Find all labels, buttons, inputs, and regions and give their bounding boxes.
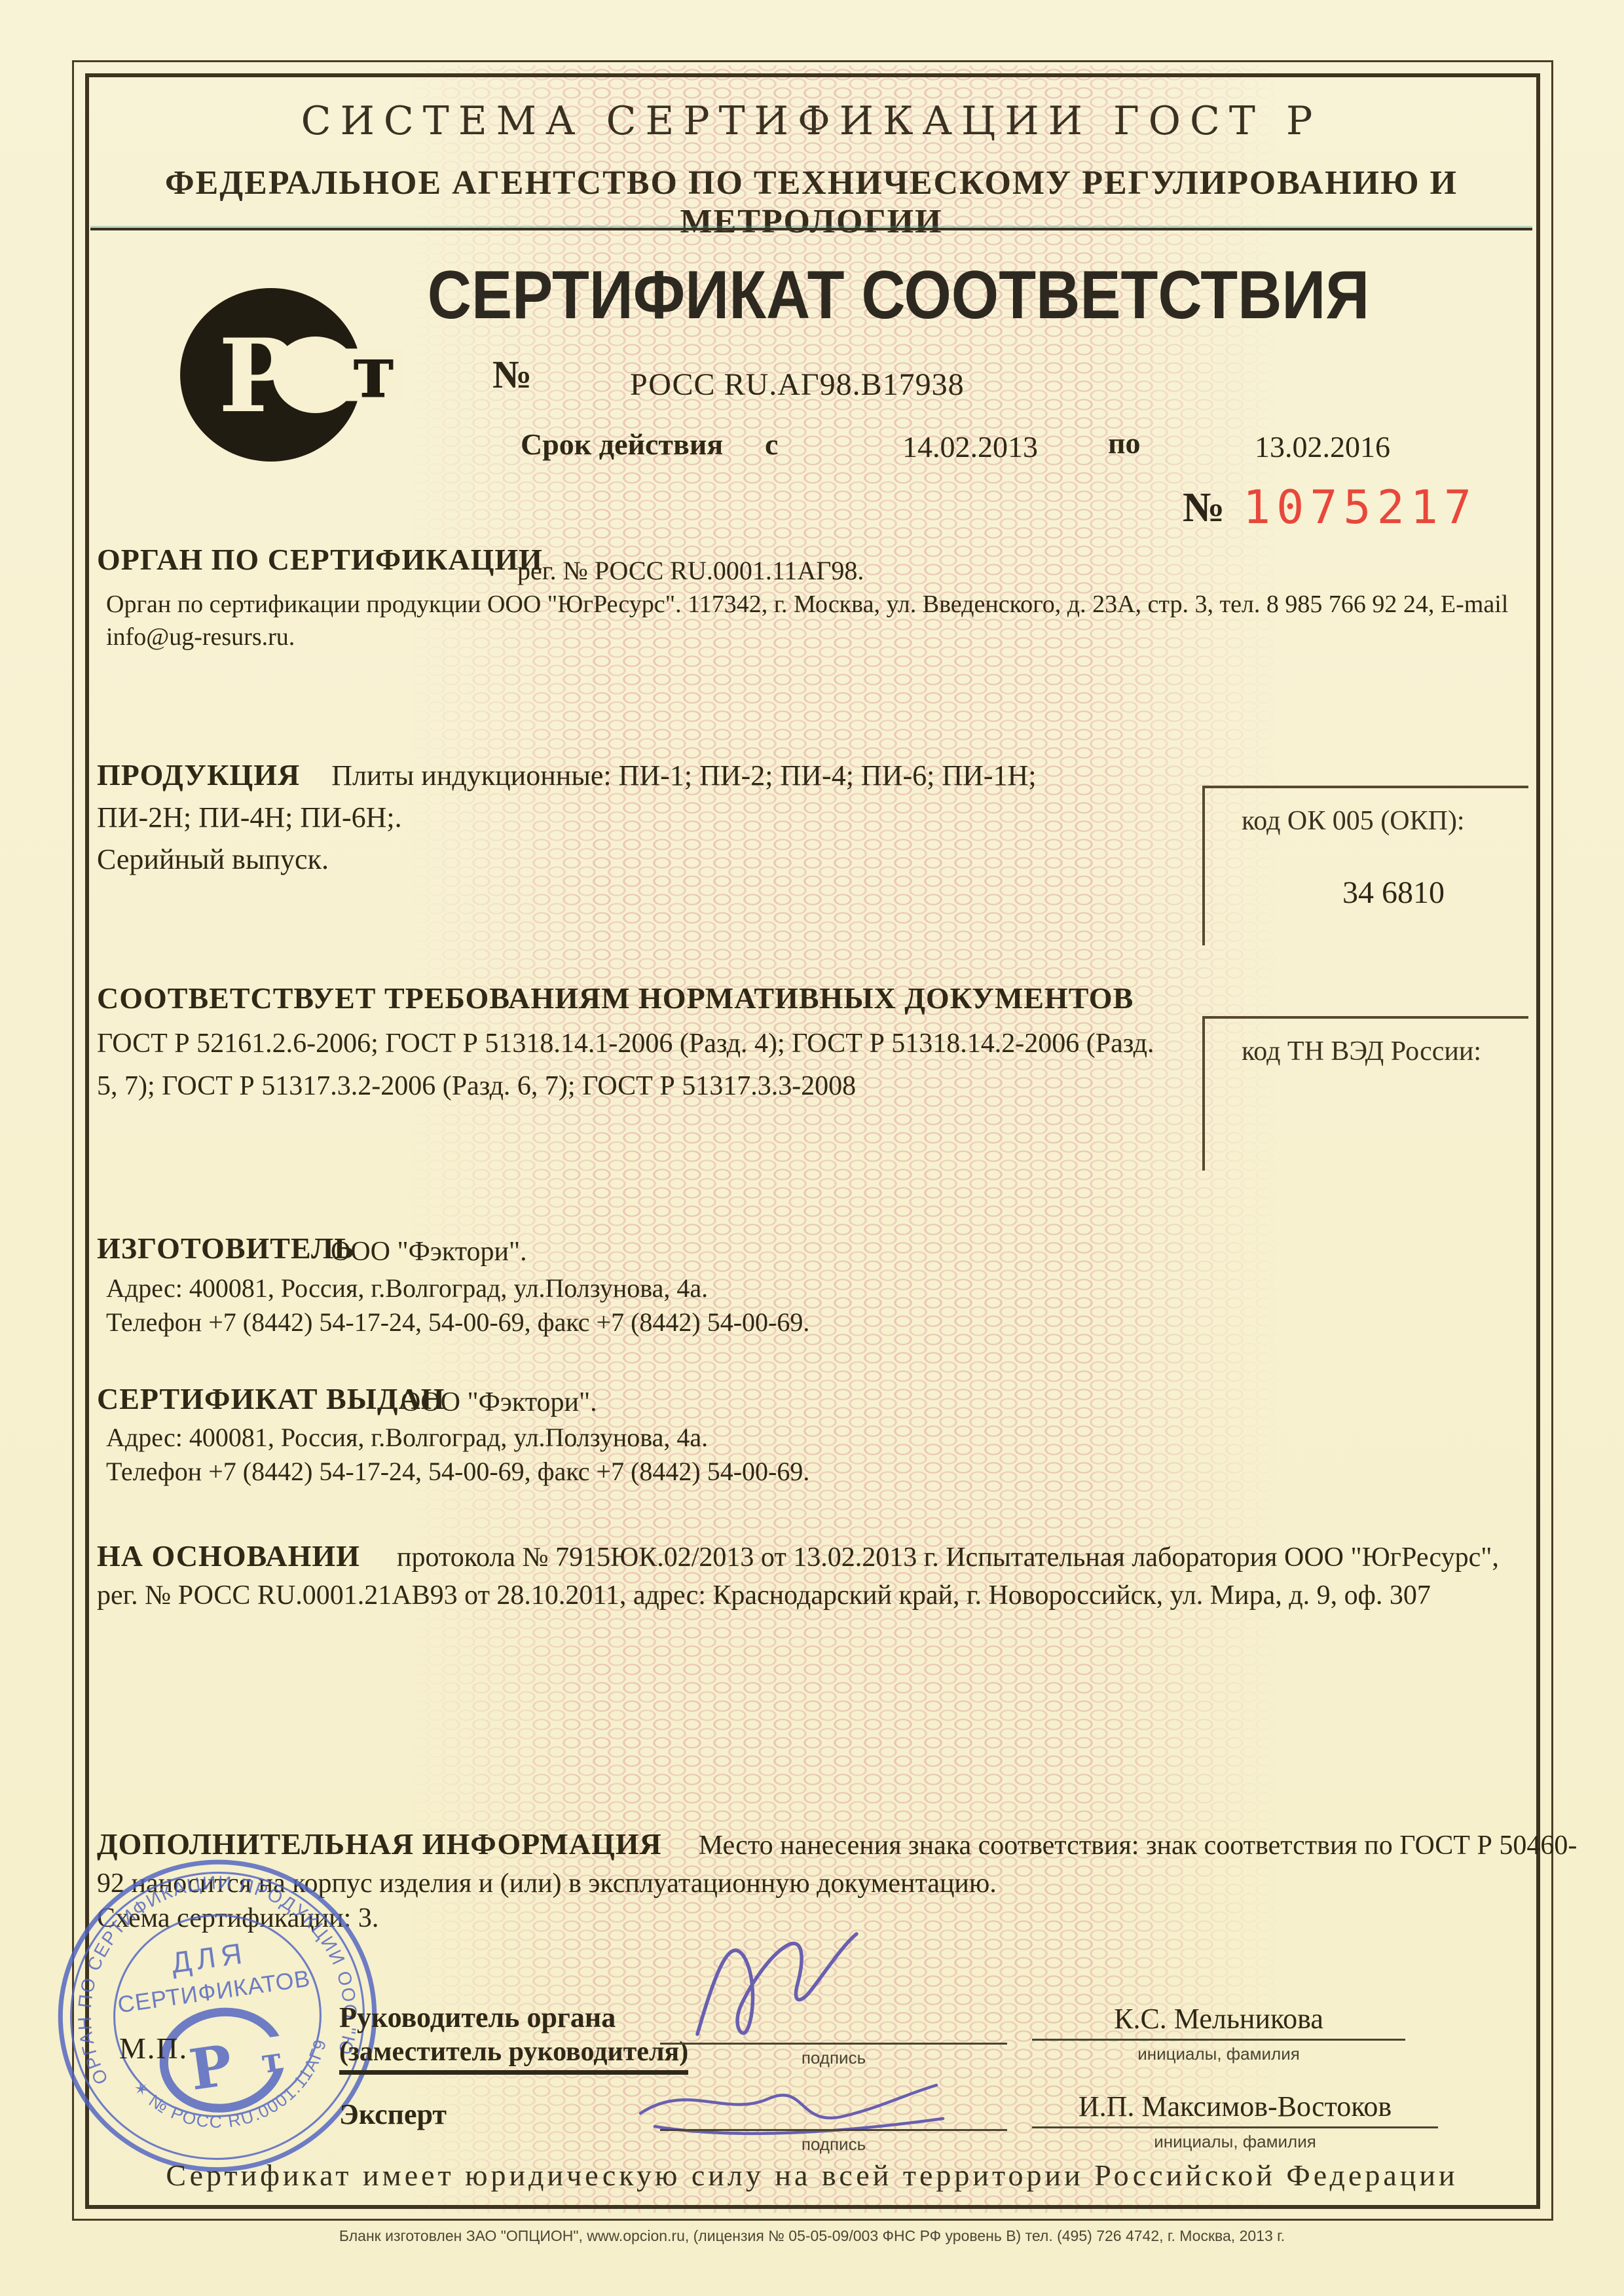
certification-body-text: Орган по сертификации продукции ООО "ЮгР… — [106, 588, 1573, 653]
issued-to-address: Адрес: 400081, Россия, г.Волгоград, ул.П… — [106, 1422, 708, 1453]
issued-to-phone: Телефон +7 (8442) 54-17-24, 54-00-69, фа… — [106, 1456, 809, 1487]
validity-label: Срок действия — [521, 427, 723, 462]
product-serial-issue: Серийный выпуск. — [97, 839, 1092, 881]
head-signature-line — [660, 2043, 1007, 2045]
validity-to-date: 13.02.2016 — [1255, 429, 1390, 464]
certification-body-reg: рег. № РОСС RU.0001.11АГ98. — [517, 555, 864, 586]
stamp-rst-p: Р — [186, 2033, 236, 2104]
rst-t-letter: т — [352, 329, 397, 414]
blank-serial-number: 1075217 — [1243, 481, 1477, 534]
tnved-code-box: код ТН ВЭД России: — [1202, 1016, 1528, 1171]
product-label: ПРОДУКЦИЯ — [97, 758, 331, 792]
issued-to-name: ООО "Фэктори". — [401, 1387, 597, 1418]
header-separator — [90, 228, 1532, 230]
expert-name-line — [1032, 2126, 1438, 2128]
certificate-page: СИСТЕМА СЕРТИФИКАЦИИ ГОСТ Р ФЕДЕРАЛЬНОЕ … — [0, 0, 1624, 2296]
legal-statement: Сертификат имеет юридическую силу на все… — [89, 2158, 1535, 2193]
expert-signature-caption: подпись — [660, 2134, 1007, 2155]
blank-maker-note: Бланк изготовлен ЗАО "ОПЦИОН", www.opcio… — [89, 2227, 1535, 2245]
expert-role-label: Эксперт — [339, 2098, 447, 2131]
manufacturer-address: Адрес: 400081, Россия, г.Волгоград, ул.П… — [106, 1273, 708, 1303]
okp-code-label: код ОК 005 (ОКП): — [1242, 805, 1528, 837]
expert-signature-ink — [629, 2056, 1008, 2141]
basis-section: НА ОСНОВАНИИпротокола № 7915ЮК.02/2013 о… — [97, 1537, 1511, 1614]
document-title: СЕРТИФИКАТ СООТВЕТСТВИЯ — [198, 257, 1598, 335]
conformity-label: СООТВЕТСТВУЕТ ТРЕБОВАНИЯМ НОРМАТИВНЫХ ДО… — [97, 981, 1341, 1015]
expert-name-caption: инициалы, фамилия — [1032, 2132, 1438, 2152]
manufacturer-name: ООО "Фэктори". — [331, 1236, 527, 1267]
expert-signature-line — [660, 2129, 1007, 2131]
issued-to-label: СЕРТИФИКАТ ВЫДАН — [97, 1381, 445, 1416]
cert-number-sign: № — [492, 352, 532, 397]
head-role-label: Руководитель органа — [339, 2001, 616, 2034]
validity-to-label: по — [1108, 426, 1141, 460]
cert-number-value: РОСС RU.АГ98.В17938 — [630, 367, 965, 403]
conformity-text: ГОСТ Р 52161.2.6-2006; ГОСТ Р 51318.14.1… — [97, 1023, 1164, 1108]
manufacturer-label: ИЗГОТОВИТЕЛЬ — [97, 1231, 355, 1266]
certification-body-label: ОРГАН ПО СЕРТИФИКАЦИИ — [97, 542, 543, 577]
head-signature-ink — [681, 1926, 1008, 2057]
blank-serial-sign: № — [1183, 483, 1225, 532]
validity-from-label: с — [765, 427, 778, 462]
head-name: К.С. Мельникова — [1032, 2002, 1405, 2035]
expert-name: И.П. Максимов-Востоков — [1032, 2090, 1438, 2123]
okp-code-box: код ОК 005 (ОКП): 34 6810 — [1202, 786, 1528, 945]
system-title: СИСТЕМА СЕРТИФИКАЦИИ ГОСТ Р — [90, 98, 1532, 144]
validity-from-date: 14.02.2013 — [902, 429, 1038, 464]
tnved-code-label: код ТН ВЭД России: — [1242, 1036, 1528, 1067]
rst-mark-icon: Р т — [178, 275, 404, 475]
basis-label: НА ОСНОВАНИИ — [97, 1539, 397, 1573]
head-name-caption: инициалы, фамилия — [1032, 2044, 1405, 2064]
stamp-place-mark: М.П. — [119, 2031, 188, 2066]
head-signature-caption: подпись — [660, 2048, 1007, 2068]
stamp-line1: ДЛЯ — [170, 1937, 249, 1980]
head-name-line — [1032, 2039, 1405, 2041]
okp-code-value: 34 6810 — [1342, 875, 1528, 911]
manufacturer-phone: Телефон +7 (8442) 54-17-24, 54-00-69, фа… — [106, 1307, 809, 1338]
product-section: ПРОДУКЦИЯПлиты индукционные: ПИ-1; ПИ-2;… — [97, 754, 1092, 881]
rst-p-letter: Р — [219, 317, 295, 435]
